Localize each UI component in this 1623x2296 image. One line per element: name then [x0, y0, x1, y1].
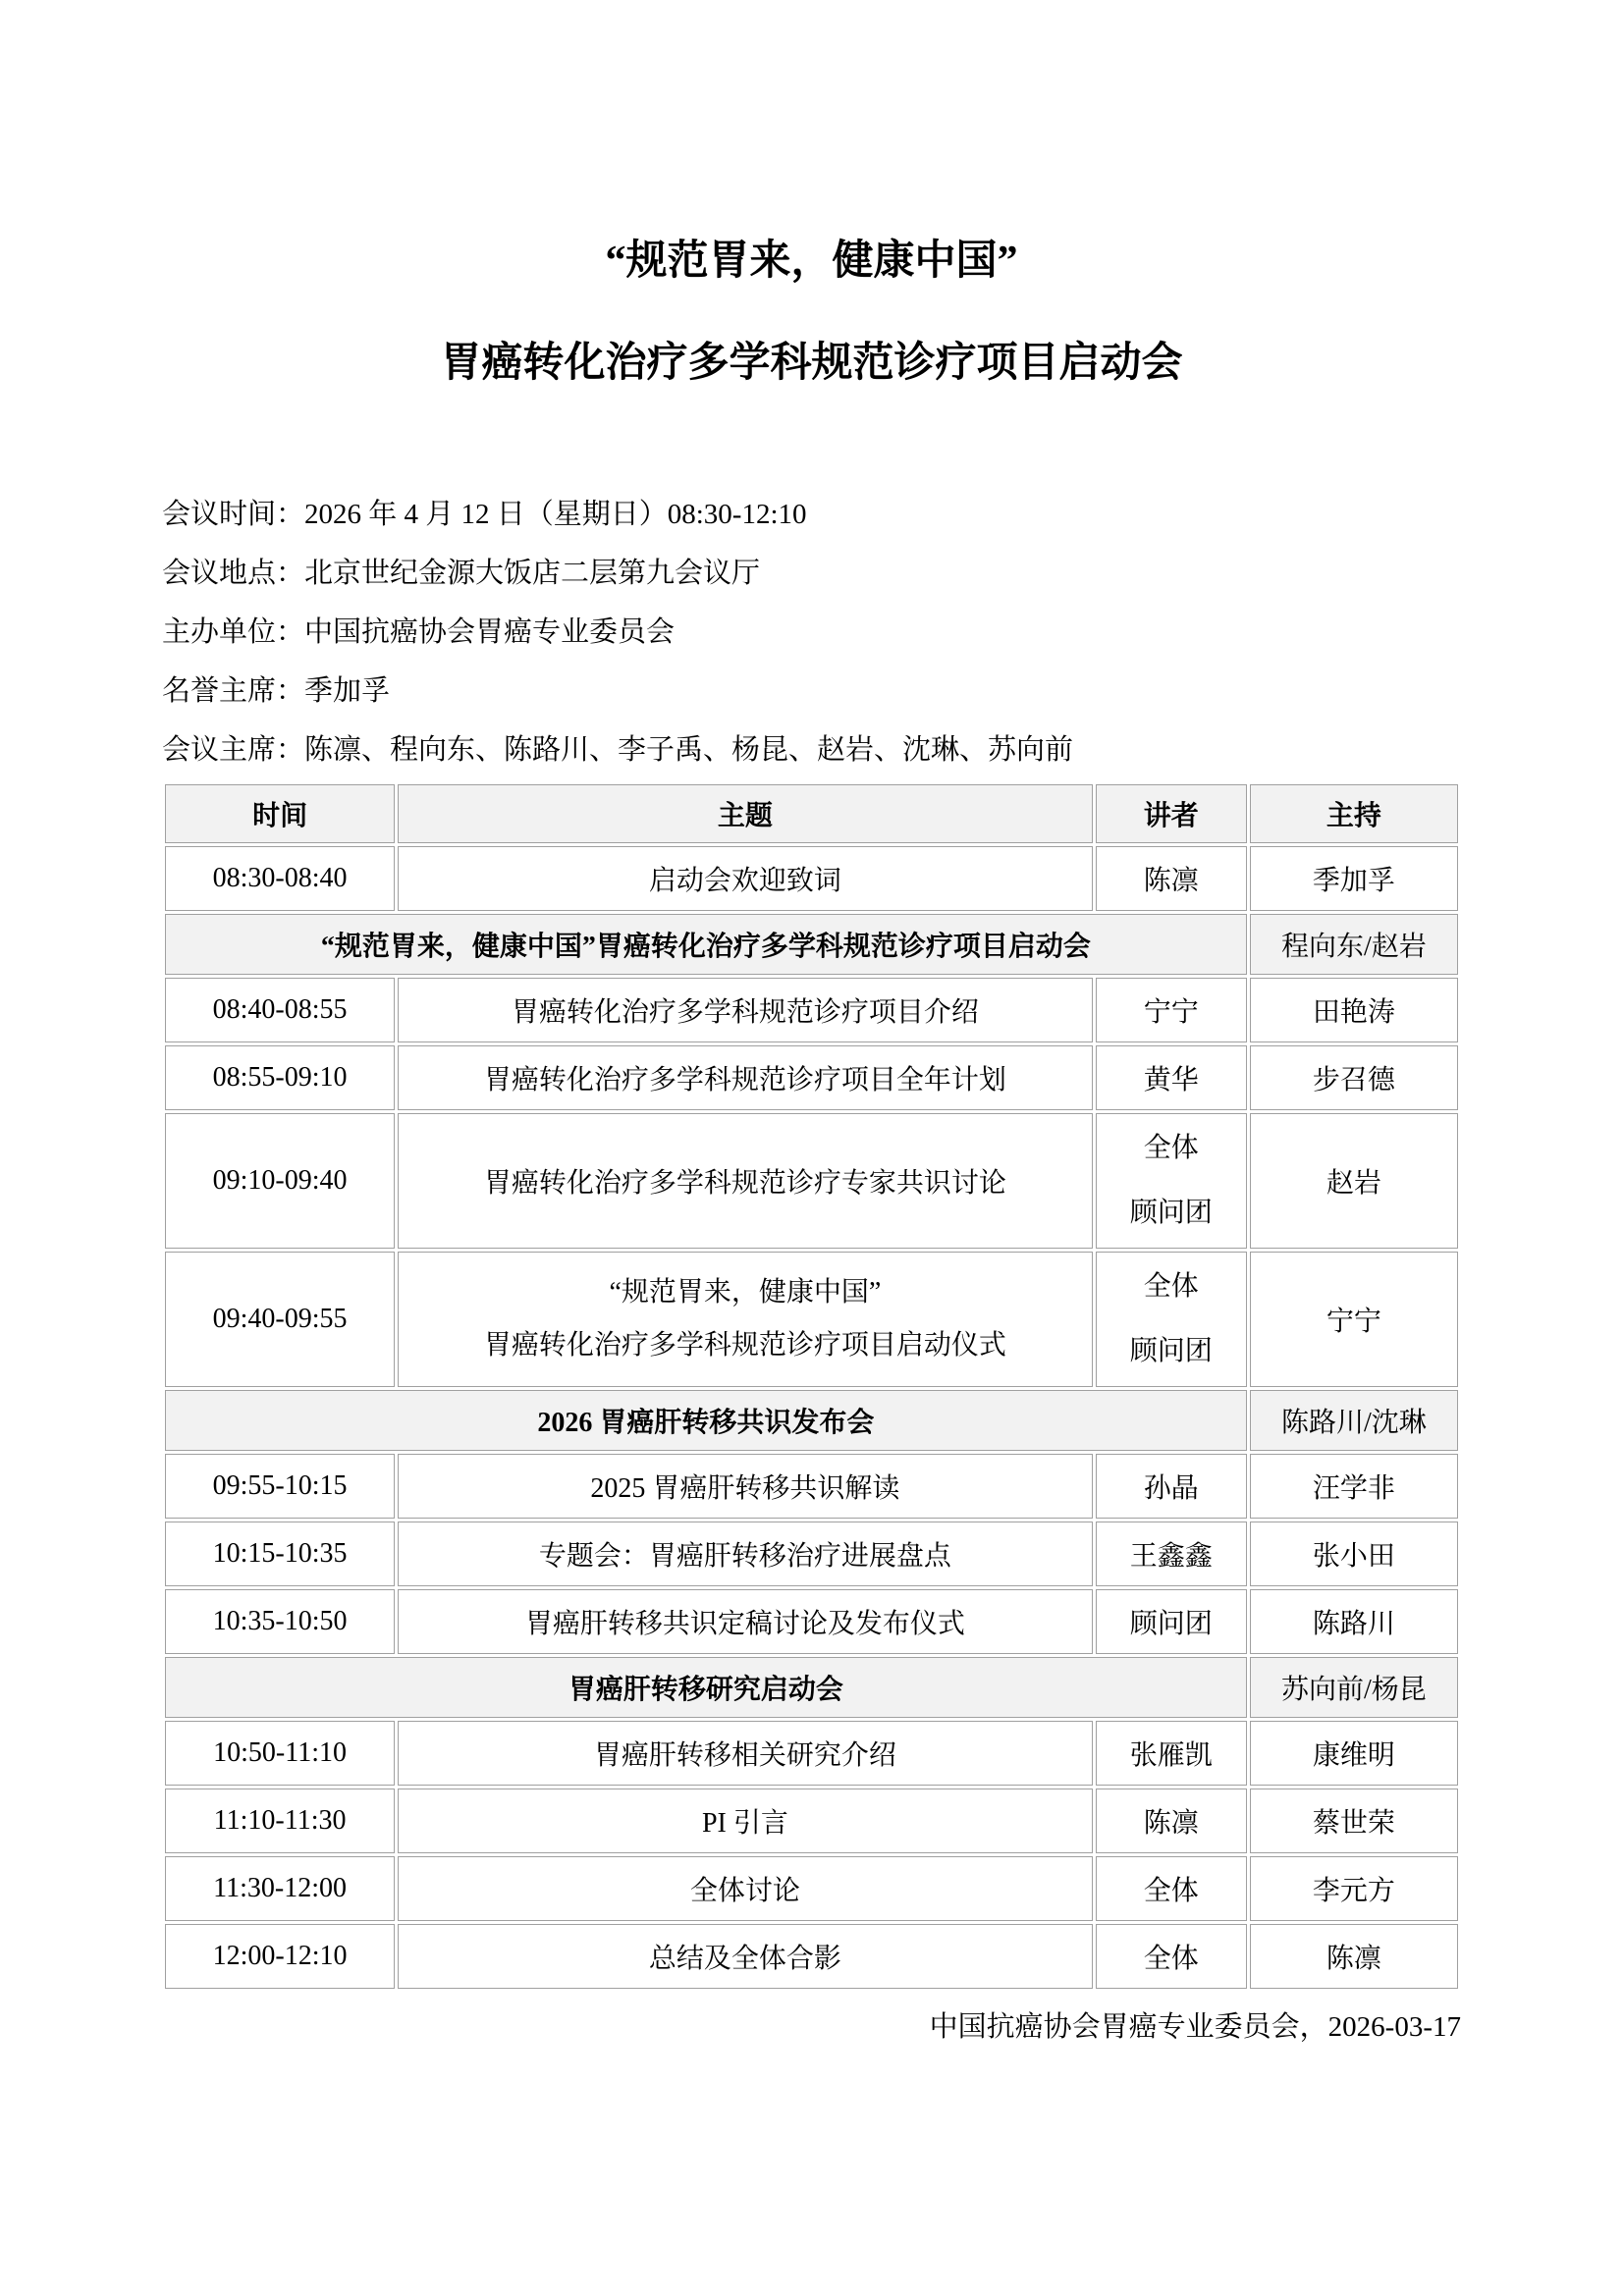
section-row: “规范胃来，健康中国”胃癌转化治疗多学科规范诊疗项目启动会 程向东/赵岩 — [165, 914, 1458, 975]
session-topic: 启动会欢迎致词 — [398, 846, 1093, 911]
table-row: 10:15-10:35 专题会：胃癌肝转移治疗进展盘点 王鑫鑫 张小田 — [165, 1522, 1458, 1586]
session-speaker: 全体 — [1096, 1856, 1247, 1921]
topic-line: “规范胃来，健康中国” — [403, 1266, 1088, 1319]
session-host: 陈路川 — [1250, 1589, 1458, 1654]
section-row: 2026 胃癌肝转移共识发布会 陈路川/沈琳 — [165, 1390, 1458, 1451]
session-topic: 全体讨论 — [398, 1856, 1093, 1921]
session-topic: 胃癌肝转移相关研究介绍 — [398, 1721, 1093, 1786]
meeting-organizer-line: 主办单位：中国抗癌协会胃癌专业委员会 — [162, 603, 1461, 662]
speaker-line: 顾问团 — [1101, 1319, 1242, 1384]
session-time: 10:35-10:50 — [165, 1589, 395, 1654]
session-topic: 专题会：胃癌肝转移治疗进展盘点 — [398, 1522, 1093, 1586]
session-speaker: 宁宁 — [1096, 978, 1247, 1042]
session-time: 08:40-08:55 — [165, 978, 395, 1042]
table-row: 09:40-09:55 “规范胃来，健康中国” 胃癌转化治疗多学科规范诊疗项目启… — [165, 1252, 1458, 1387]
session-time: 09:10-09:40 — [165, 1113, 395, 1249]
meeting-info: 会议时间：2026 年 4 月 12 日（星期日）08:30-12:10 会议地… — [162, 485, 1461, 779]
table-row: 10:50-11:10 胃癌肝转移相关研究介绍 张雁凯 康维明 — [165, 1721, 1458, 1786]
footer-note: 中国抗癌协会胃癌专业委员会，2026-03-17 — [162, 2007, 1461, 2047]
page-title: “规范胃来，健康中国” — [162, 0, 1461, 287]
section-host: 陈路川/沈琳 — [1250, 1390, 1458, 1451]
session-time: 11:10-11:30 — [165, 1789, 395, 1853]
section-title: “规范胃来，健康中国”胃癌转化治疗多学科规范诊疗项目启动会 — [165, 914, 1247, 975]
speaker-line: 顾问团 — [1101, 1181, 1242, 1246]
table-row: 09:55-10:15 2025 胃癌肝转移共识解读 孙晶 汪学非 — [165, 1454, 1458, 1519]
table-row: 08:40-08:55 胃癌转化治疗多学科规范诊疗项目介绍 宁宁 田艳涛 — [165, 978, 1458, 1042]
section-host: 苏向前/杨昆 — [1250, 1657, 1458, 1718]
speaker-line: 全体 — [1101, 1255, 1242, 1319]
session-host: 蔡世荣 — [1250, 1789, 1458, 1853]
speaker-line: 全体 — [1101, 1116, 1242, 1181]
session-host: 季加孚 — [1250, 846, 1458, 911]
session-host: 田艳涛 — [1250, 978, 1458, 1042]
section-title: 2026 胃癌肝转移共识发布会 — [165, 1390, 1247, 1451]
session-speaker: 孙晶 — [1096, 1454, 1247, 1519]
document-content: “规范胃来，健康中国” 胃癌转化治疗多学科规范诊疗项目启动会 会议时间：2026… — [0, 0, 1623, 2047]
honorary-chair-line: 名誉主席：季加孚 — [162, 662, 1461, 721]
header-topic: 主题 — [398, 784, 1093, 843]
session-topic: 胃癌转化治疗多学科规范诊疗项目全年计划 — [398, 1045, 1093, 1110]
session-speaker: 王鑫鑫 — [1096, 1522, 1247, 1586]
session-time: 08:30-08:40 — [165, 846, 395, 911]
session-topic: 胃癌转化治疗多学科规范诊疗专家共识讨论 — [398, 1113, 1093, 1249]
section-row: 胃癌肝转移研究启动会 苏向前/杨昆 — [165, 1657, 1458, 1718]
session-host: 李元方 — [1250, 1856, 1458, 1921]
meeting-time-line: 会议时间：2026 年 4 月 12 日（星期日）08:30-12:10 — [162, 485, 1461, 544]
table-row: 09:10-09:40 胃癌转化治疗多学科规范诊疗专家共识讨论 全体 顾问团 赵… — [165, 1113, 1458, 1249]
session-topic: 总结及全体合影 — [398, 1924, 1093, 1989]
topic-line: 胃癌转化治疗多学科规范诊疗项目启动仪式 — [403, 1319, 1088, 1372]
table-row: 10:35-10:50 胃癌肝转移共识定稿讨论及发布仪式 顾问团 陈路川 — [165, 1589, 1458, 1654]
session-host: 步召德 — [1250, 1045, 1458, 1110]
session-host: 宁宁 — [1250, 1252, 1458, 1387]
session-time: 08:55-09:10 — [165, 1045, 395, 1110]
session-host: 陈凛 — [1250, 1924, 1458, 1989]
table-row: 08:30-08:40 启动会欢迎致词 陈凛 季加孚 — [165, 846, 1458, 911]
header-speaker: 讲者 — [1096, 784, 1247, 843]
session-speaker: 顾问团 — [1096, 1589, 1247, 1654]
session-speaker: 全体 顾问团 — [1096, 1252, 1247, 1387]
table-row: 11:10-11:30 PI 引言 陈凛 蔡世荣 — [165, 1789, 1458, 1853]
session-topic: 胃癌肝转移共识定稿讨论及发布仪式 — [398, 1589, 1093, 1654]
session-time: 09:40-09:55 — [165, 1252, 395, 1387]
session-topic: 2025 胃癌肝转移共识解读 — [398, 1454, 1093, 1519]
meeting-location-line: 会议地点：北京世纪金源大饭店二层第九会议厅 — [162, 544, 1461, 603]
session-topic: “规范胃来，健康中国” 胃癌转化治疗多学科规范诊疗项目启动仪式 — [398, 1252, 1093, 1387]
section-host: 程向东/赵岩 — [1250, 914, 1458, 975]
agenda-table: 时间 主题 讲者 主持 08:30-08:40 启动会欢迎致词 陈凛 季加孚 “… — [162, 781, 1461, 1992]
session-speaker: 陈凛 — [1096, 846, 1247, 911]
session-speaker: 全体 顾问团 — [1096, 1113, 1247, 1249]
table-row: 12:00-12:10 总结及全体合影 全体 陈凛 — [165, 1924, 1458, 1989]
page-subtitle: 胃癌转化治疗多学科规范诊疗项目启动会 — [162, 338, 1461, 389]
table-header-row: 时间 主题 讲者 主持 — [165, 784, 1458, 843]
table-row: 11:30-12:00 全体讨论 全体 李元方 — [165, 1856, 1458, 1921]
session-topic: 胃癌转化治疗多学科规范诊疗项目介绍 — [398, 978, 1093, 1042]
session-topic: PI 引言 — [398, 1789, 1093, 1853]
session-host: 康维明 — [1250, 1721, 1458, 1786]
meeting-chairs-line: 会议主席：陈凛、程向东、陈路川、李子禹、杨昆、赵岩、沈琳、苏向前 — [162, 721, 1461, 779]
session-speaker: 全体 — [1096, 1924, 1247, 1989]
header-time: 时间 — [165, 784, 395, 843]
document-page: “规范胃来，健康中国” 胃癌转化治疗多学科规范诊疗项目启动会 会议时间：2026… — [0, 0, 1623, 2296]
session-speaker: 黄华 — [1096, 1045, 1247, 1110]
session-host: 汪学非 — [1250, 1454, 1458, 1519]
table-row: 08:55-09:10 胃癌转化治疗多学科规范诊疗项目全年计划 黄华 步召德 — [165, 1045, 1458, 1110]
section-title: 胃癌肝转移研究启动会 — [165, 1657, 1247, 1718]
session-host: 张小田 — [1250, 1522, 1458, 1586]
header-host: 主持 — [1250, 784, 1458, 843]
session-speaker: 陈凛 — [1096, 1789, 1247, 1853]
session-time: 10:15-10:35 — [165, 1522, 395, 1586]
session-time: 12:00-12:10 — [165, 1924, 395, 1989]
session-time: 10:50-11:10 — [165, 1721, 395, 1786]
session-speaker: 张雁凯 — [1096, 1721, 1247, 1786]
session-time: 09:55-10:15 — [165, 1454, 395, 1519]
session-host: 赵岩 — [1250, 1113, 1458, 1249]
session-time: 11:30-12:00 — [165, 1856, 395, 1921]
